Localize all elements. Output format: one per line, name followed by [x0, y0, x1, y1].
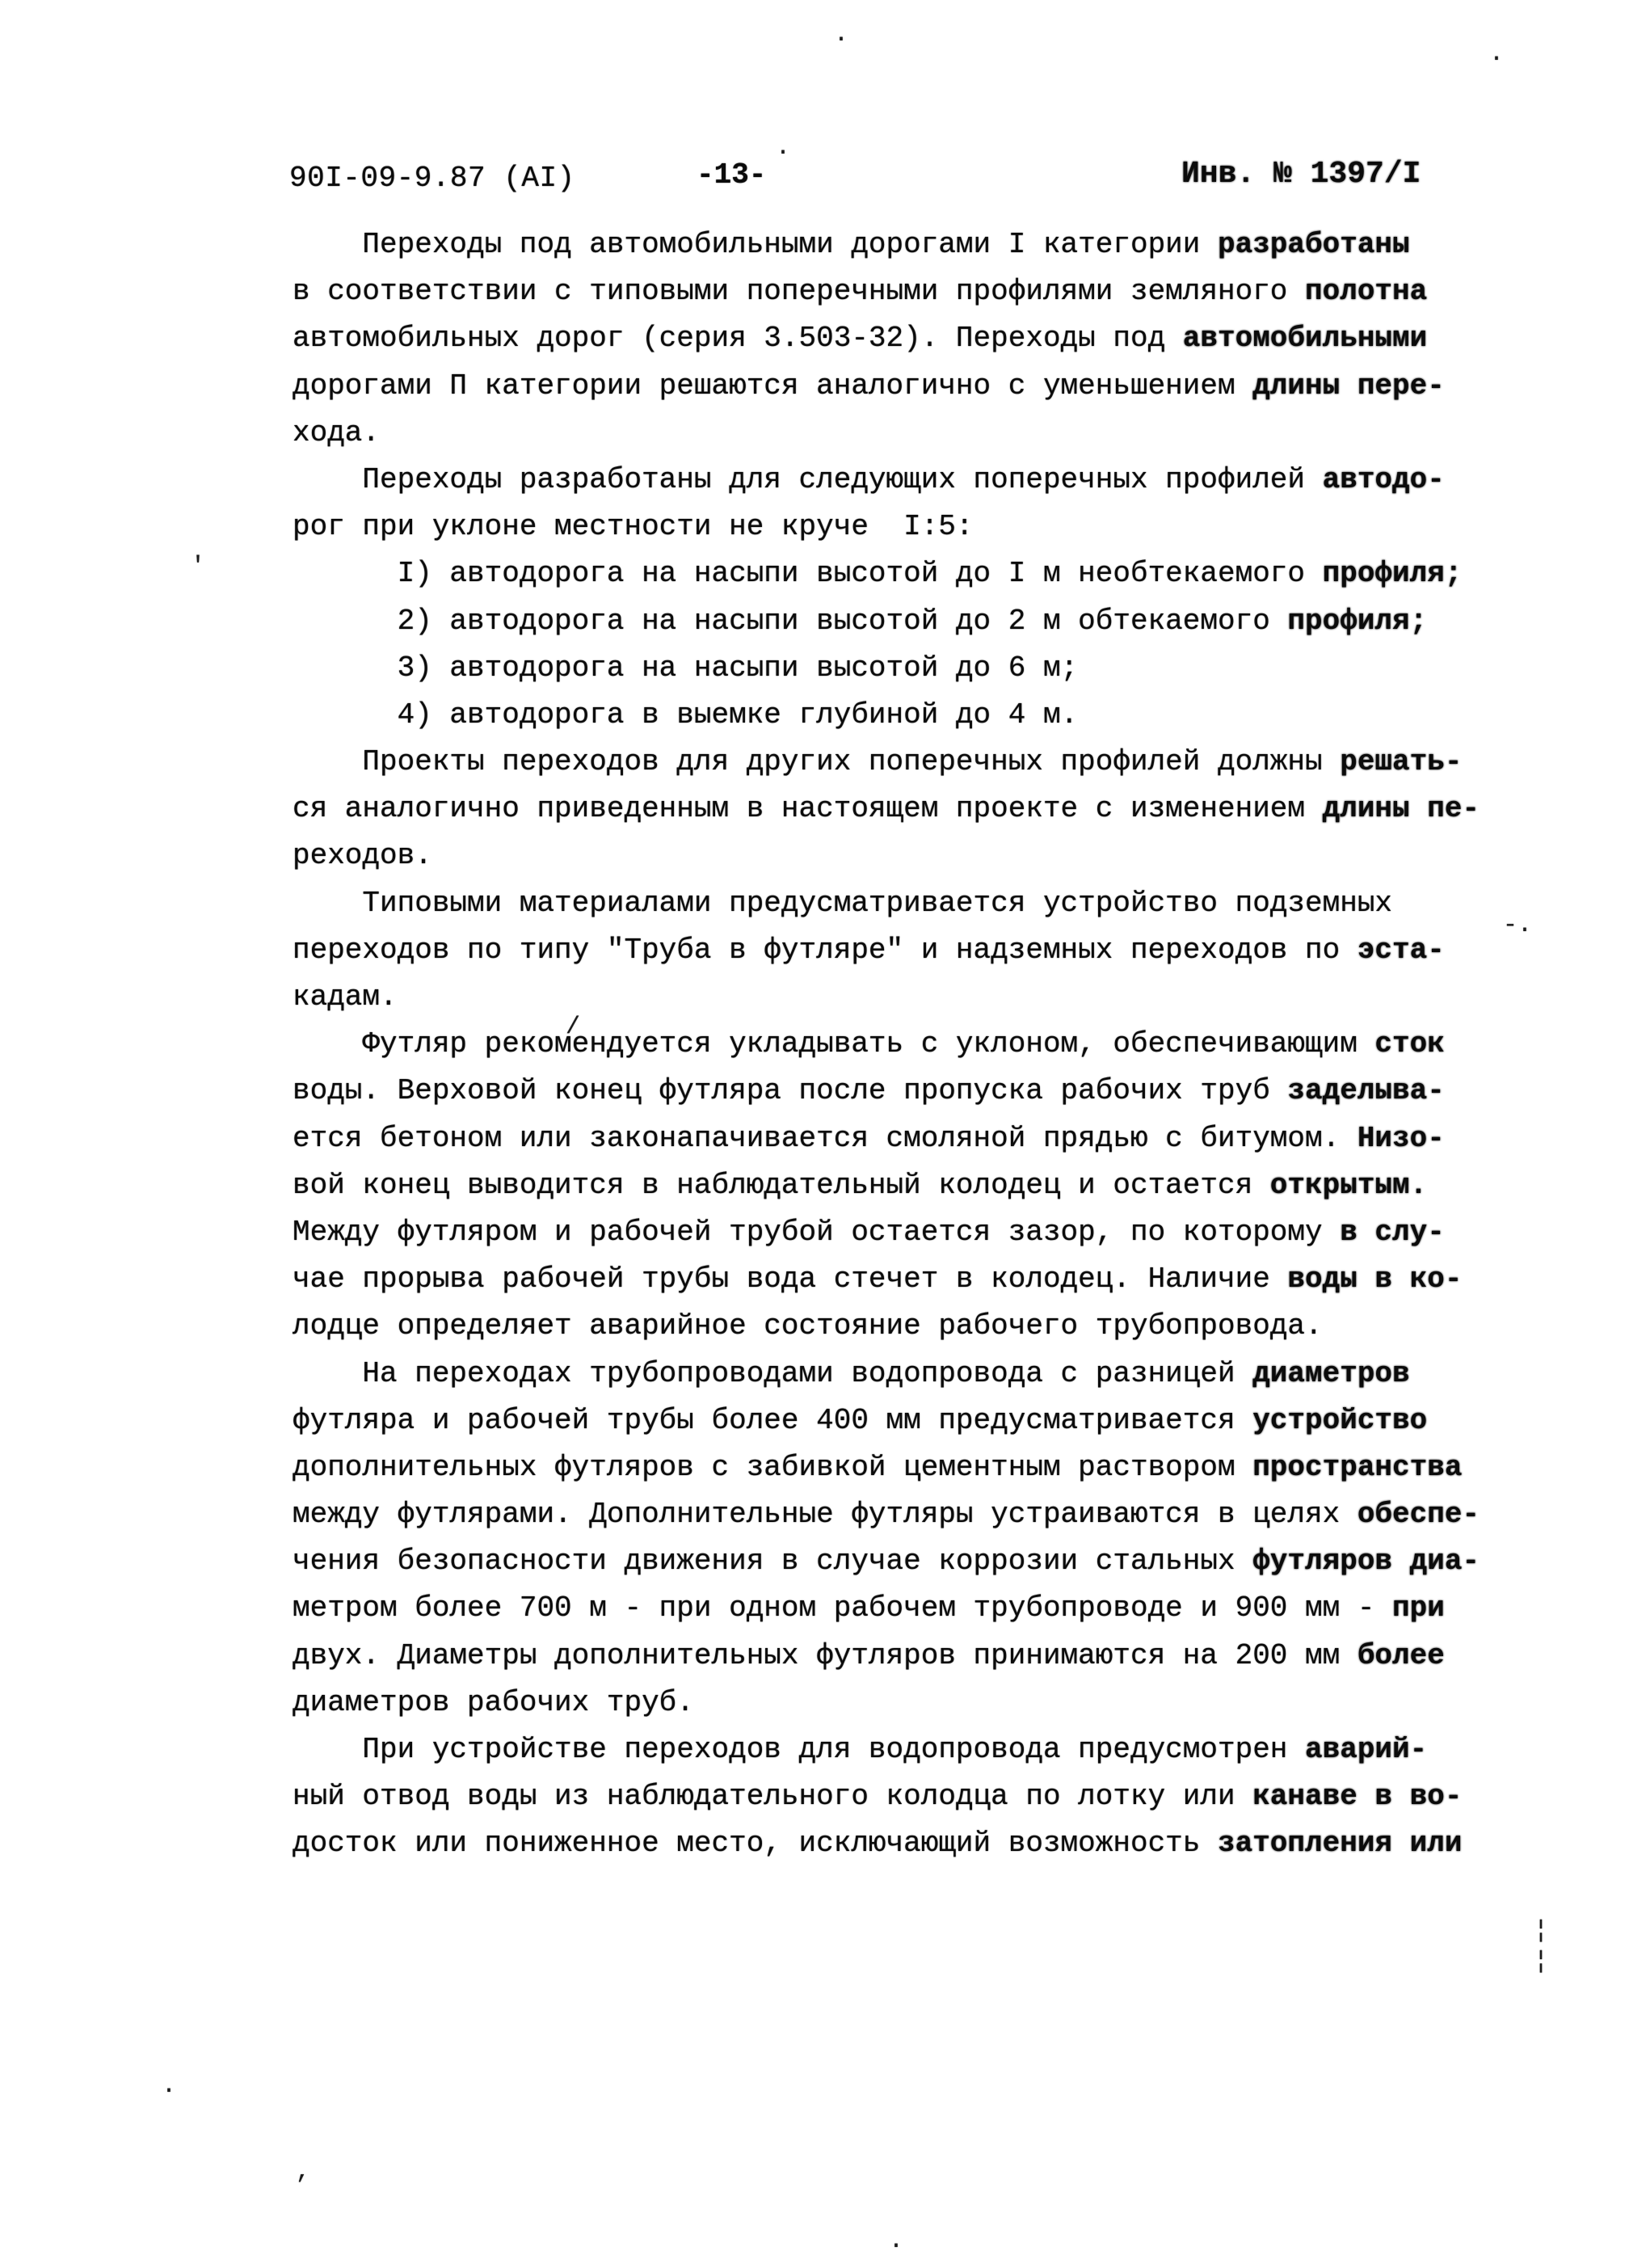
document-code: 90I-09-9.87 (АI): [289, 162, 575, 195]
scan-speck: ¦: [1534, 1950, 1548, 1974]
scan-speck: ,: [296, 2160, 310, 2184]
text-line: дополнительных футляров с забивкой цемен…: [293, 1444, 1629, 1491]
text-line: реходов.: [293, 833, 1629, 879]
scan-speck: ·: [1489, 47, 1504, 71]
text-line: I) автодорога на насыпи высотой до I м н…: [293, 550, 1629, 597]
scanned-page: 90I-09-9.87 (АI) -13- Инв. № 1397/I Пере…: [0, 0, 1629, 2268]
document-text: Переходы под автомобильными дорогами I к…: [293, 221, 1629, 1868]
text-line: метром более 700 м - при одном рабочем т…: [293, 1585, 1629, 1632]
text-line: При устройстве переходов для водопровода…: [293, 1726, 1629, 1773]
text-line: ный отвод воды из наблюдательного колодц…: [293, 1773, 1629, 1820]
inventory-number: Инв. № 1397/I: [1181, 157, 1421, 192]
text-line: досток или пониженное место, исключающий…: [293, 1820, 1629, 1867]
text-line: ся аналогично приведенным в настоящем пр…: [293, 786, 1629, 833]
scan-speck: ¦: [1534, 1919, 1548, 1943]
text-line: переходов по типу "Труба в футляре" и на…: [293, 927, 1629, 974]
text-line: Переходы под автомобильными дорогами I к…: [293, 221, 1629, 268]
text-line: дорогами П категории решаются аналогично…: [293, 363, 1629, 410]
scan-speck: .: [162, 2074, 176, 2098]
text-line: кадам.: [293, 974, 1629, 1021]
text-line: Переходы разработаны для следующих попер…: [293, 457, 1629, 504]
scan-speck: .: [834, 23, 848, 47]
text-line: хода.: [293, 410, 1629, 457]
text-line: автомобильных дорог (серия 3.503-32). Пе…: [293, 315, 1629, 362]
scan-speck: /: [566, 1015, 580, 1039]
scan-speck: ': [191, 554, 205, 579]
text-line: чения безопасности движения в случае кор…: [293, 1538, 1629, 1585]
text-line: между футлярами. Дополнительные футляры …: [293, 1491, 1629, 1538]
text-line: 2) автодорога на насыпи высотой до 2 м о…: [293, 598, 1629, 645]
page-number: -13-: [697, 158, 766, 192]
scan-speck: .: [776, 136, 790, 160]
text-line: 3) автодорога на насыпи высотой до 6 м;: [293, 645, 1629, 692]
text-line: Типовыми материалами предусматривается у…: [293, 880, 1629, 927]
text-line: футляра и рабочей трубы более 400 мм пре…: [293, 1397, 1629, 1444]
text-line: двух. Диаметры дополнительных футляров п…: [293, 1633, 1629, 1680]
text-line: Проекты переходов для других поперечных …: [293, 739, 1629, 786]
text-line: воды. Верховой конец футляра после пропу…: [293, 1068, 1629, 1115]
text-line: рог при уклоне местности не круче I:5:: [293, 504, 1629, 550]
text-line: вой конец выводится в наблюдательный кол…: [293, 1162, 1629, 1209]
text-line: 4) автодорога в выемке глубиной до 4 м.: [293, 692, 1629, 739]
text-line: чае прорыва рабочей трубы вода стечет в …: [293, 1256, 1629, 1303]
text-line: На переходах трубопроводами водопровода …: [293, 1351, 1629, 1397]
text-line: ется бетоном или законапачивается смолян…: [293, 1115, 1629, 1162]
text-line: лодце определяет аварийное состояние раб…: [293, 1303, 1629, 1350]
text-line: в соответствии с типовыми поперечными пр…: [293, 268, 1629, 315]
scan-speck: .: [889, 2229, 903, 2253]
text-line: Между футляром и рабочей трубой остается…: [293, 1209, 1629, 1256]
scan-speck: -.: [1503, 913, 1532, 938]
text-line: Футляр рекомендуется укладывать с уклоно…: [293, 1021, 1629, 1068]
text-line: диаметров рабочих труб.: [293, 1680, 1629, 1726]
